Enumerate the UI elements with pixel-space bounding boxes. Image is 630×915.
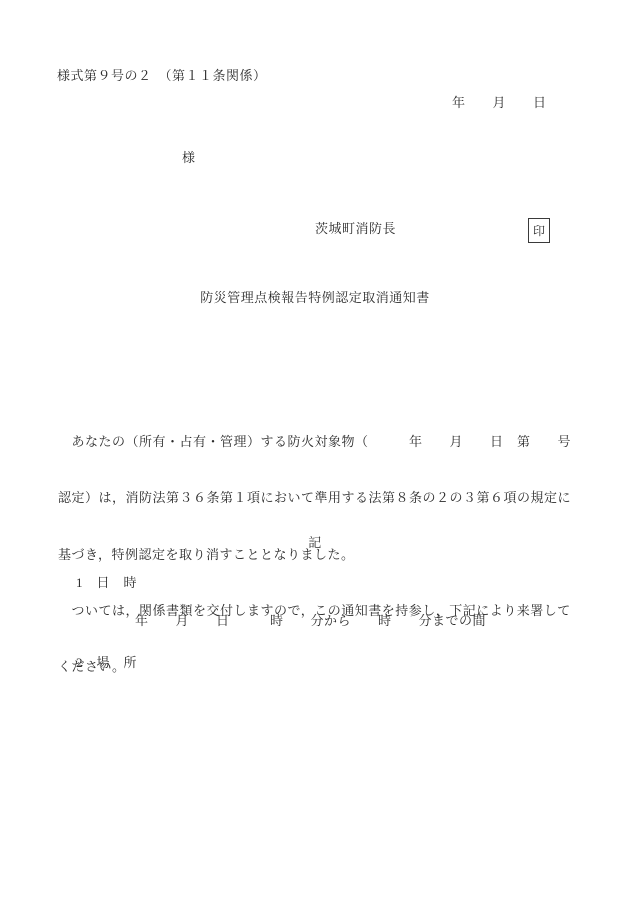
issue-date-line: 年 月 日 (452, 95, 547, 111)
seal-stamp-box: 印 (528, 218, 550, 243)
item-2-location-label: 2 場 所 (76, 655, 137, 671)
document-page: 様式第９号の２ （第１１条関係） 年 月 日 様 茨城町消防長 印 防災管理点検… (0, 0, 630, 915)
document-title: 防災管理点検報告特例認定取消通知書 (0, 290, 630, 306)
item-1-datetime-label: 1 日 時 (76, 575, 137, 591)
note-marker: 記 (0, 535, 630, 551)
form-number: 様式第９号の２ （第１１条関係） (57, 68, 267, 84)
sender-title: 茨城町消防長 (315, 221, 396, 237)
addressee-honorific: 様 (182, 150, 196, 166)
body-line-1: あなたの（所有・占有・管理）する防火対象物（ 年 月 日 第 号 (58, 429, 578, 454)
datetime-blank-line: 年 月 日 時 分から 時 分までの間 (135, 613, 486, 629)
seal-label: 印 (533, 225, 545, 237)
body-line-2: 認定）は，消防法第３６条第１項において準用する法第８条の２の３第６項の規定に (58, 485, 578, 510)
